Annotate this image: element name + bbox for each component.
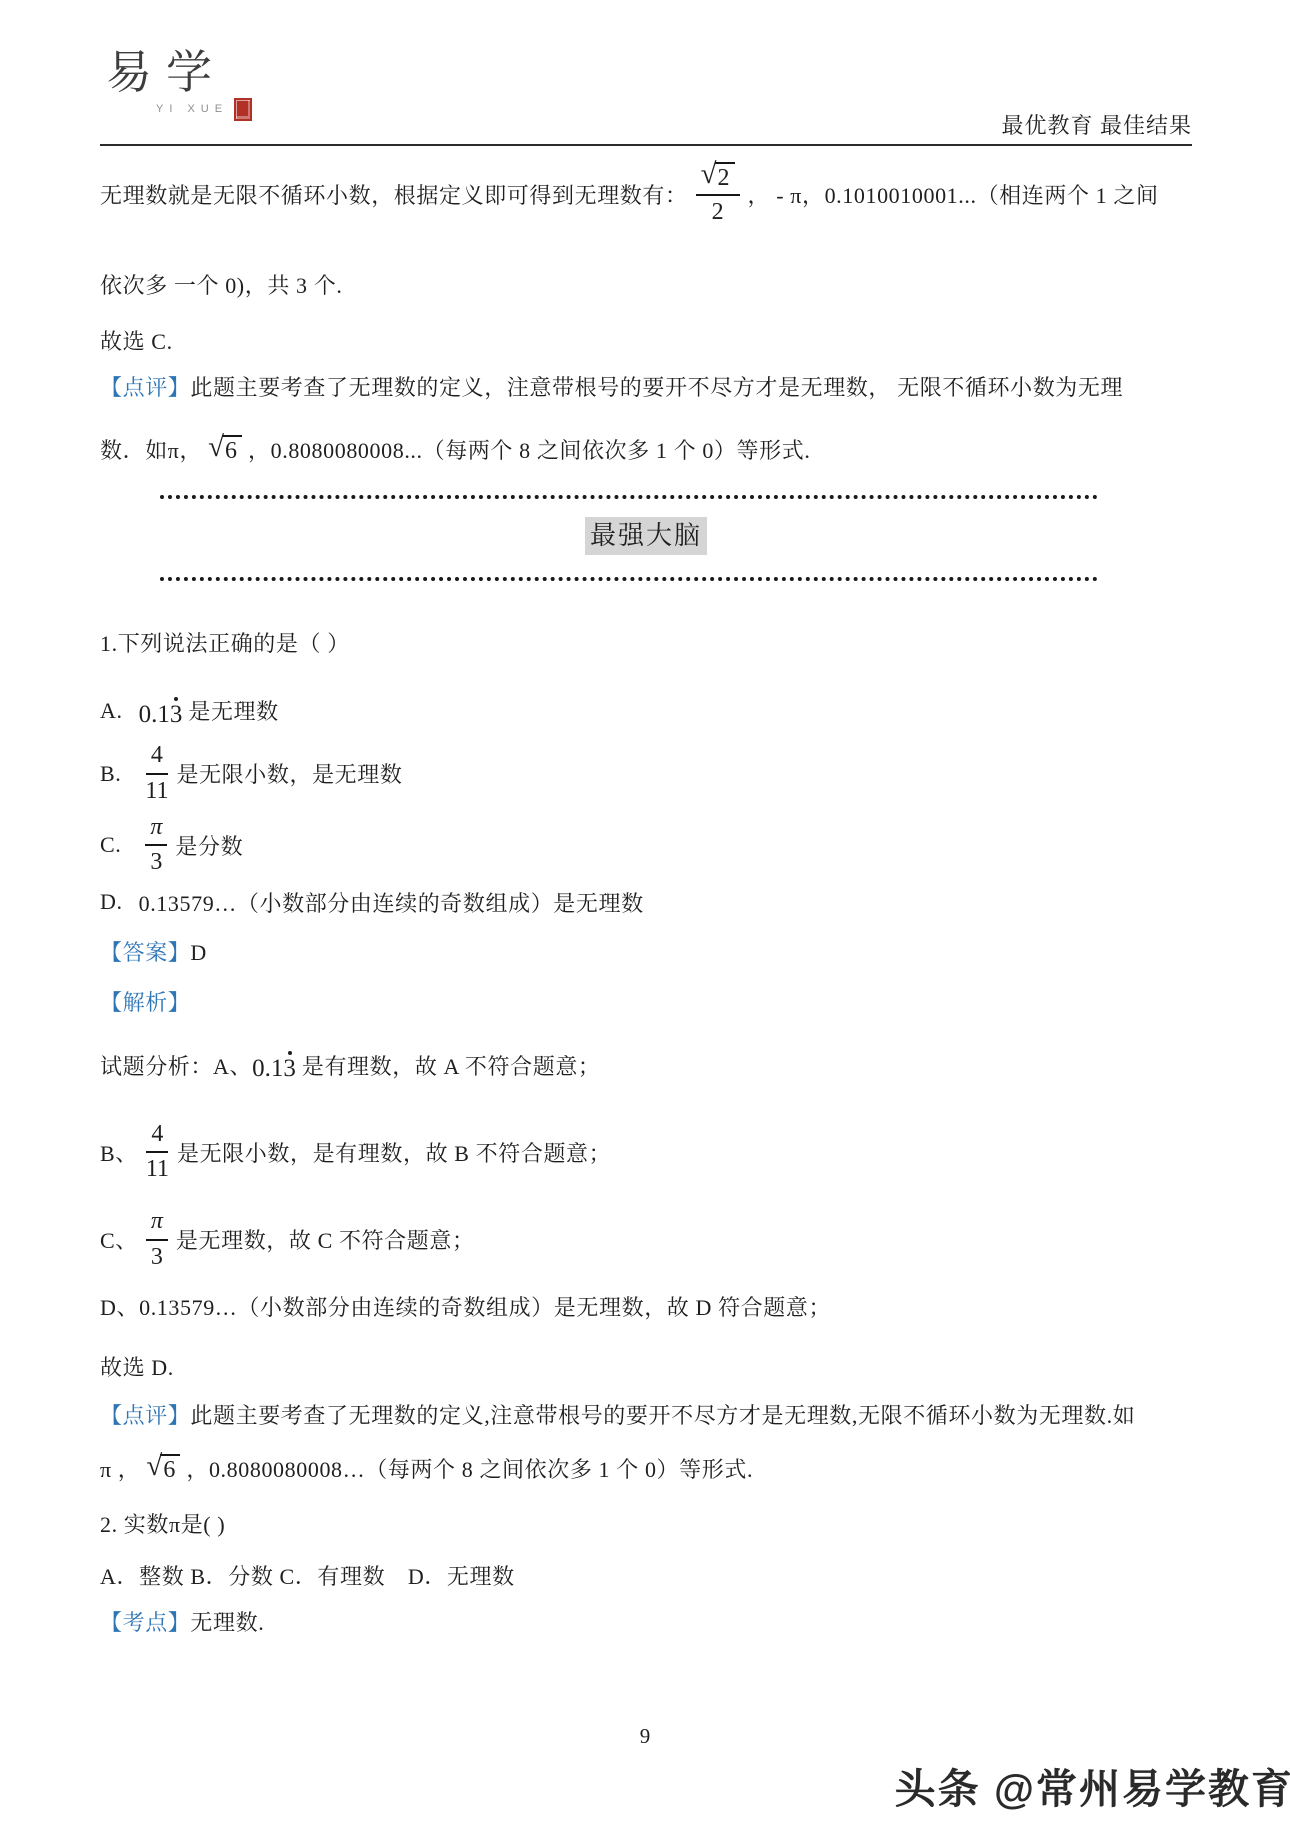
option-d-text: 0.13579…（小数部分由连续的奇数组成）是无理数 xyxy=(139,887,644,918)
question1-explanation-d: D、0.13579…（小数部分由连续的奇数组成）是无理数，故 D 符合题意； xyxy=(100,1293,1192,1323)
explanation-b-post: 是无限小数，是有理数，故 B 不符合题意； xyxy=(177,1137,611,1168)
question1-option-c: C. π 3 是分数 xyxy=(100,814,1192,877)
solution-answer-c: 故选 C. xyxy=(100,327,1192,357)
fraction-pi-over-3: π 3 xyxy=(145,814,167,877)
sqrt-icon: √ 2 xyxy=(701,162,735,191)
fraction-denominator: 11 xyxy=(145,775,168,806)
option-b-label: B. xyxy=(100,761,121,787)
sqrt6-icon: √ 6 xyxy=(208,435,242,464)
repeating-decimal: 0.13 xyxy=(252,1055,296,1083)
question1-answer-row: 【答案】D xyxy=(100,938,1192,968)
question1-explanation-a: 试题分析：A、 0.13 是有理数，故 A 不符合题意； xyxy=(100,1050,1192,1081)
fraction-sqrt2-over-2: √ 2 2 xyxy=(696,162,740,227)
option-a-text: 是无理数 xyxy=(188,695,278,726)
question2-options: A．整数 B．分数 C．有理数 D．无理数 xyxy=(100,1562,1192,1592)
fraction-4-over-11: 4 11 xyxy=(145,742,168,805)
question1-option-a: A. 0.13 是无理数 xyxy=(100,695,1192,726)
question1-explanation-b: B、 4 11 是无限小数，是有理数，故 B 不符合题意； xyxy=(100,1121,1192,1184)
option-a-label: A. xyxy=(100,698,123,724)
logo-subrow: YI XUE xyxy=(156,98,252,115)
question1-stem: 1.下列说法正确的是（ ） xyxy=(100,629,1192,659)
review-line2-pre: π ， xyxy=(100,1453,140,1484)
fraction-denominator: 11 xyxy=(146,1153,169,1184)
fraction-numerator: √ 2 xyxy=(696,162,740,196)
fraction-numerator: 4 xyxy=(146,742,168,775)
analysis-label: 【解析】 xyxy=(100,990,190,1015)
decimal-dotted-digit: 3 xyxy=(283,1055,296,1083)
question2-concept-row: 【考点】无理数. xyxy=(100,1608,1192,1638)
solution-line1-pre: 无理数就是无限不循环小数，根据定义即可得到无理数有： xyxy=(100,179,688,210)
fraction-denominator: 3 xyxy=(150,846,162,877)
review-paragraph-line2: 数．如π， √ 6 ，0.8080080008...（每两个 8 之间依次多 1… xyxy=(100,429,1192,471)
radical-sign: √ xyxy=(701,160,717,189)
answer-label: 【答案】 xyxy=(100,940,190,965)
review-label: 【点评】 xyxy=(100,375,190,400)
explanation-intro: 试题分析：A、 xyxy=(100,1050,252,1081)
question1-analysis-row: 【解析】 xyxy=(100,988,1192,1018)
dotted-separator-bottom xyxy=(160,577,1098,581)
section-banner-row: 最强大脑 xyxy=(100,517,1192,555)
question1-review-line2: π ， √ 6 ，0.8080080008…（每两个 8 之间依次多 1 个 0… xyxy=(100,1453,1192,1484)
radical-sign: √ xyxy=(146,1452,162,1481)
decimal-pre: 0.1 xyxy=(252,1055,283,1082)
review-text: 此题主要考查了无理数的定义，注意带根号的要开不尽方才是无理数， 无限不循环小数为… xyxy=(190,375,1123,400)
explanation-b-label: B、 xyxy=(100,1137,138,1168)
decimal-dotted-digit: 3 xyxy=(170,701,183,729)
logo-pinyin: YI XUE xyxy=(156,103,228,115)
option-d-label: D. xyxy=(100,889,123,915)
decimal-pre: 0.1 xyxy=(139,701,170,728)
fraction-numerator: 4 xyxy=(146,1121,168,1154)
option-c-label: C. xyxy=(100,832,121,858)
logo-wordmark: 易学 xyxy=(106,50,252,96)
dotted-separator-top xyxy=(160,495,1098,499)
fraction-denominator: 2 xyxy=(712,196,724,227)
solution-line1-post: ， - π，0.1010010001...（相连两个 1 之间 xyxy=(748,179,1159,210)
solution-line-1: 无理数就是无限不循环小数，根据定义即可得到无理数有： √ 2 2 ， - π，0… xyxy=(100,162,1192,227)
review-label: 【点评】 xyxy=(100,1403,190,1428)
fraction-4-over-11: 4 11 xyxy=(146,1121,169,1184)
header-slogan: 最优教育 最佳结果 xyxy=(1001,109,1192,140)
review-line2-pre: 数．如π， xyxy=(100,434,202,465)
fraction-denominator: 3 xyxy=(151,1241,163,1272)
red-seal-icon xyxy=(234,98,252,121)
yixue-logo: 易学 YI XUE xyxy=(106,50,252,115)
radicand: 6 xyxy=(160,1454,180,1483)
explanation-a-post: 是有理数，故 A 不符合题意； xyxy=(302,1050,601,1081)
sqrt6-icon: √ 6 xyxy=(146,1454,180,1483)
page-number: 9 xyxy=(0,1724,1290,1749)
radicand: 2 xyxy=(715,162,735,191)
option-b-text: 是无限小数，是无理数 xyxy=(176,758,402,789)
review-text: 此题主要考查了无理数的定义,注意带根号的要开不尽方才是无理数,无限不循环小数为无… xyxy=(190,1403,1135,1428)
fraction-pi-over-3: π 3 xyxy=(146,1208,168,1271)
concept-label: 【考点】 xyxy=(100,1610,190,1635)
question1-option-b: B. 4 11 是无限小数，是无理数 xyxy=(100,742,1192,805)
answer-value: D xyxy=(190,940,207,965)
radical-sign: √ xyxy=(208,433,224,462)
radicand: 6 xyxy=(222,435,242,464)
section-banner-title: 最强大脑 xyxy=(585,517,707,555)
page-content: 易学 YI XUE 最优教育 最佳结果 无理数就是无限不循环小数，根据定义即可得… xyxy=(100,0,1192,1638)
fraction-numerator: π xyxy=(145,814,167,847)
question1-review-line1: 【点评】此题主要考查了无理数的定义,注意带根号的要开不尽方才是无理数,无限不循环… xyxy=(100,1401,1192,1431)
toutiao-watermark: 头条 @常州易学教育 xyxy=(895,1756,1290,1815)
question2-stem: 2. 实数π是( ) xyxy=(100,1510,1192,1540)
review-line2-post: ，0.8080080008...（每两个 8 之间依次多 1 个 0）等形式. xyxy=(248,434,810,465)
fraction-numerator: π xyxy=(146,1208,168,1241)
question1-option-d: D. 0.13579…（小数部分由连续的奇数组成）是无理数 xyxy=(100,887,1192,918)
solution-line-2: 依次多 一个 0)，共 3 个. xyxy=(100,271,1192,301)
repeating-decimal: 0.13 xyxy=(139,701,183,729)
explanation-c-label: C、 xyxy=(100,1224,138,1255)
explanation-c-post: 是无理数，故 C 不符合题意； xyxy=(176,1224,475,1255)
document-header: 易学 YI XUE 最优教育 最佳结果 xyxy=(100,0,1192,146)
question1-conclusion: 故选 D. xyxy=(100,1353,1192,1383)
review-line2-post: ，0.8080080008…（每两个 8 之间依次多 1 个 0）等形式. xyxy=(186,1453,753,1484)
question1-explanation-c: C、 π 3 是无理数，故 C 不符合题意； xyxy=(100,1208,1192,1271)
review-paragraph-line1: 【点评】此题主要考查了无理数的定义，注意带根号的要开不尽方才是无理数， 无限不循… xyxy=(100,373,1192,403)
concept-text: 无理数. xyxy=(190,1610,264,1635)
option-c-text: 是分数 xyxy=(175,830,243,861)
worksheet-page: 易学 YI XUE 最优教育 最佳结果 无理数就是无限不循环小数，根据定义即可得… xyxy=(0,0,1290,1825)
